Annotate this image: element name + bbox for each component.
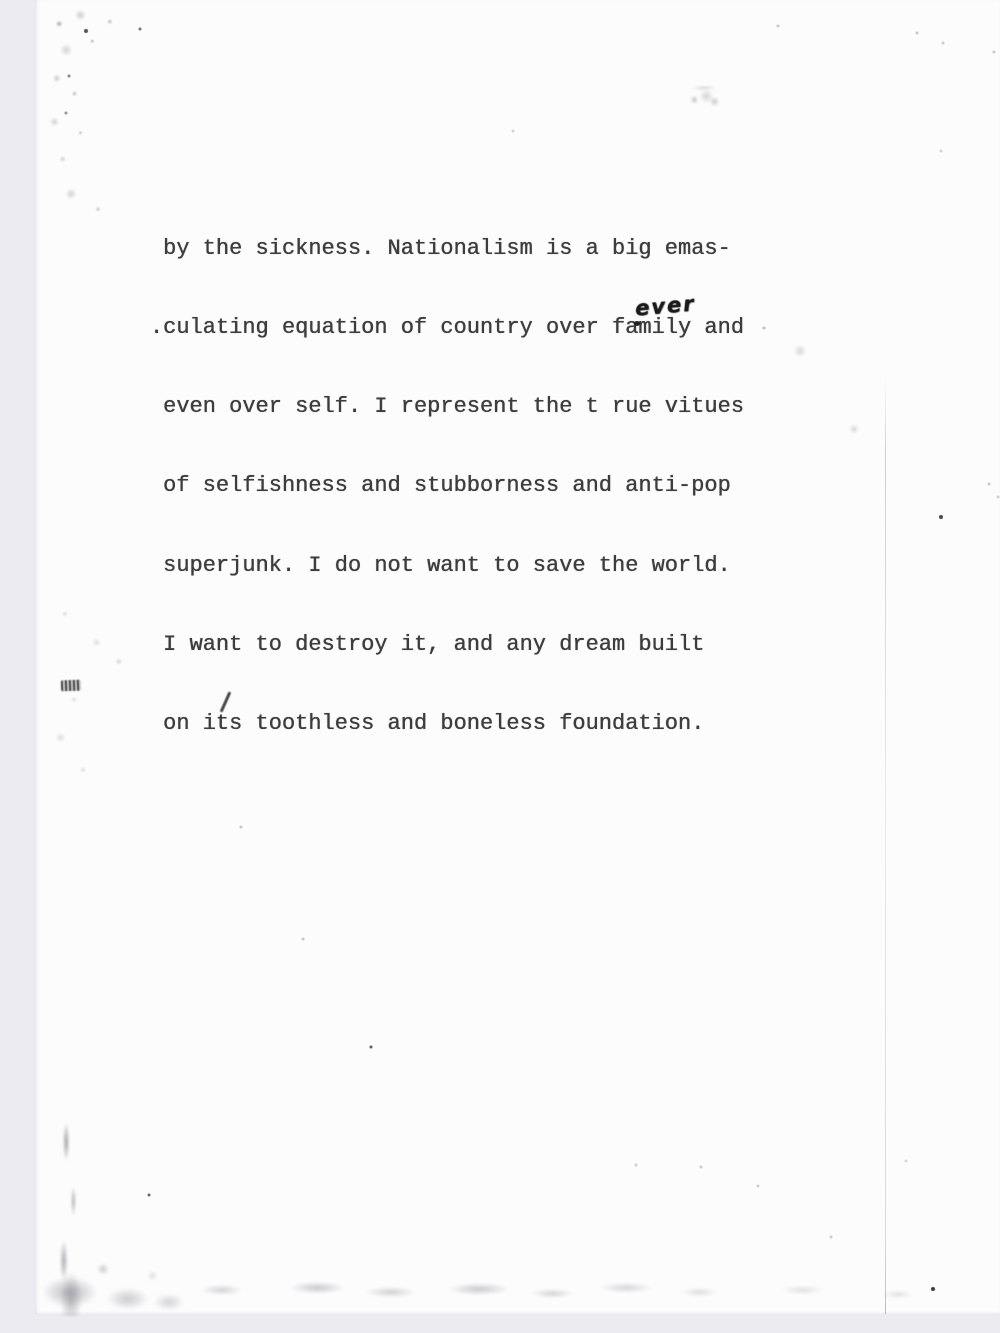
paragraph-line: I want to destroy it, and any dream buil… xyxy=(163,632,744,658)
insertion-dot-mark xyxy=(634,321,640,326)
paragraph-line: of selfishness and stubborness and anti-… xyxy=(163,473,744,499)
scan-crease-line xyxy=(885,378,886,1314)
paragraph-line: by the sickness. Nationalism is a big em… xyxy=(163,236,744,262)
ink-blot-mark xyxy=(61,680,81,692)
scan-smudge-right-upper xyxy=(783,338,817,364)
paragraph-line: even over self. I represent the t rue vi… xyxy=(163,394,744,420)
typewritten-paragraph: by the sickness. Nationalism is a big em… xyxy=(163,183,744,790)
scan-smudge-top-left xyxy=(45,2,163,220)
scan-smudge-right-lower xyxy=(841,418,867,440)
scan-specks-dark xyxy=(35,0,37,2)
scan-smudge-bottom-band xyxy=(185,1268,920,1312)
scan-smudge-scribble xyxy=(680,80,728,116)
scan-smudge-bottom-left-corner xyxy=(37,1246,202,1312)
paragraph-line: .culating equation of country over famil… xyxy=(163,315,744,341)
paragraph-line: superjunk. I do not want to save the wor… xyxy=(163,553,744,579)
scanned-page: by the sickness. Nationalism is a big em… xyxy=(35,0,1000,1314)
paragraph-line: on its toothless and boneless foundation… xyxy=(163,711,744,737)
viewer-background: { "document": { "paragraph_lines": [ "by… xyxy=(0,0,1000,1333)
